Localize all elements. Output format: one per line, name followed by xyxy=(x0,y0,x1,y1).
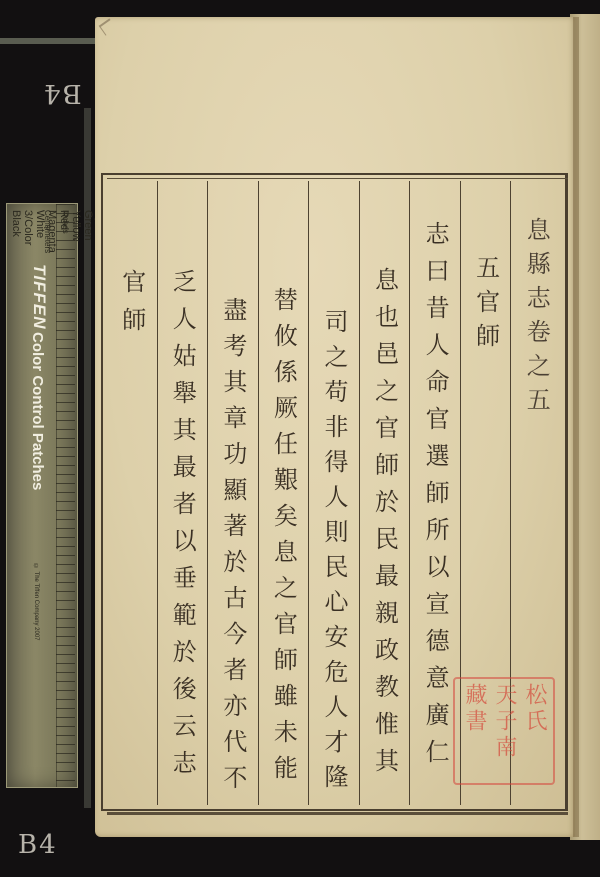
patch-label: Magenta xyxy=(46,210,58,781)
patch-label: Green xyxy=(82,210,94,781)
column-body: 替攸係厥任艱矣息之官師雖未能 xyxy=(258,181,309,805)
patch-label: Red xyxy=(58,210,70,781)
seal-text: 藏書 xyxy=(463,683,485,779)
column-body: 乏人姑舉其最者以垂範於後云志 xyxy=(157,181,208,805)
patch-label: 3/Color xyxy=(22,210,34,781)
column-body: 司之苟非得人則民心安危人才隆 xyxy=(308,181,359,805)
column-text: 息縣志卷之五 xyxy=(524,217,548,421)
column-text: 五官師 xyxy=(474,255,498,357)
patch-label: Yellow xyxy=(70,210,82,781)
red-collector-seal: 松氏 天子南 藏書 xyxy=(453,677,555,785)
column-body: 息也邑之官師於民最親政教惟其 xyxy=(359,181,410,805)
book-page: 息縣志卷之五 五官師 志曰昔人命官選師所以宣德意廣仁 息也邑之官師於民最親政教惟… xyxy=(95,17,575,837)
scan-marker-top: B4 xyxy=(42,78,82,108)
background-strip xyxy=(0,38,96,44)
seal-text: 松氏 xyxy=(523,683,545,779)
patch-label: Black xyxy=(10,210,22,781)
scan-marker-bottom: B4 xyxy=(18,830,58,860)
column-text: 司之苟非得人則民心安危人才隆 xyxy=(322,309,346,799)
column-text: 乏人姑舉其最者以垂範於後云志 xyxy=(170,269,194,787)
column-body: 盡考其章功顯著於古今者亦代不 xyxy=(207,181,258,805)
page-corner-mark xyxy=(99,18,117,35)
seal-text: 天子南 xyxy=(493,683,515,779)
column-text: 盡考其章功顯著於古今者亦代不 xyxy=(221,297,245,801)
column-text: 息也邑之官師於民最親政教惟其 xyxy=(373,267,397,785)
column-text: 官師 xyxy=(120,269,144,345)
column-subheading: 官師 xyxy=(107,181,157,805)
color-control-card: Centimeters Inches TIFFEN Color Control … xyxy=(6,203,78,788)
column-text: 志曰昔人命官選師所以宣德意廣仁 xyxy=(423,221,447,776)
column-text: 替攸係厥任艱矣息之官師雖未能 xyxy=(271,287,295,791)
patch-label: White xyxy=(34,210,46,781)
page-fold-shadow xyxy=(573,17,579,837)
